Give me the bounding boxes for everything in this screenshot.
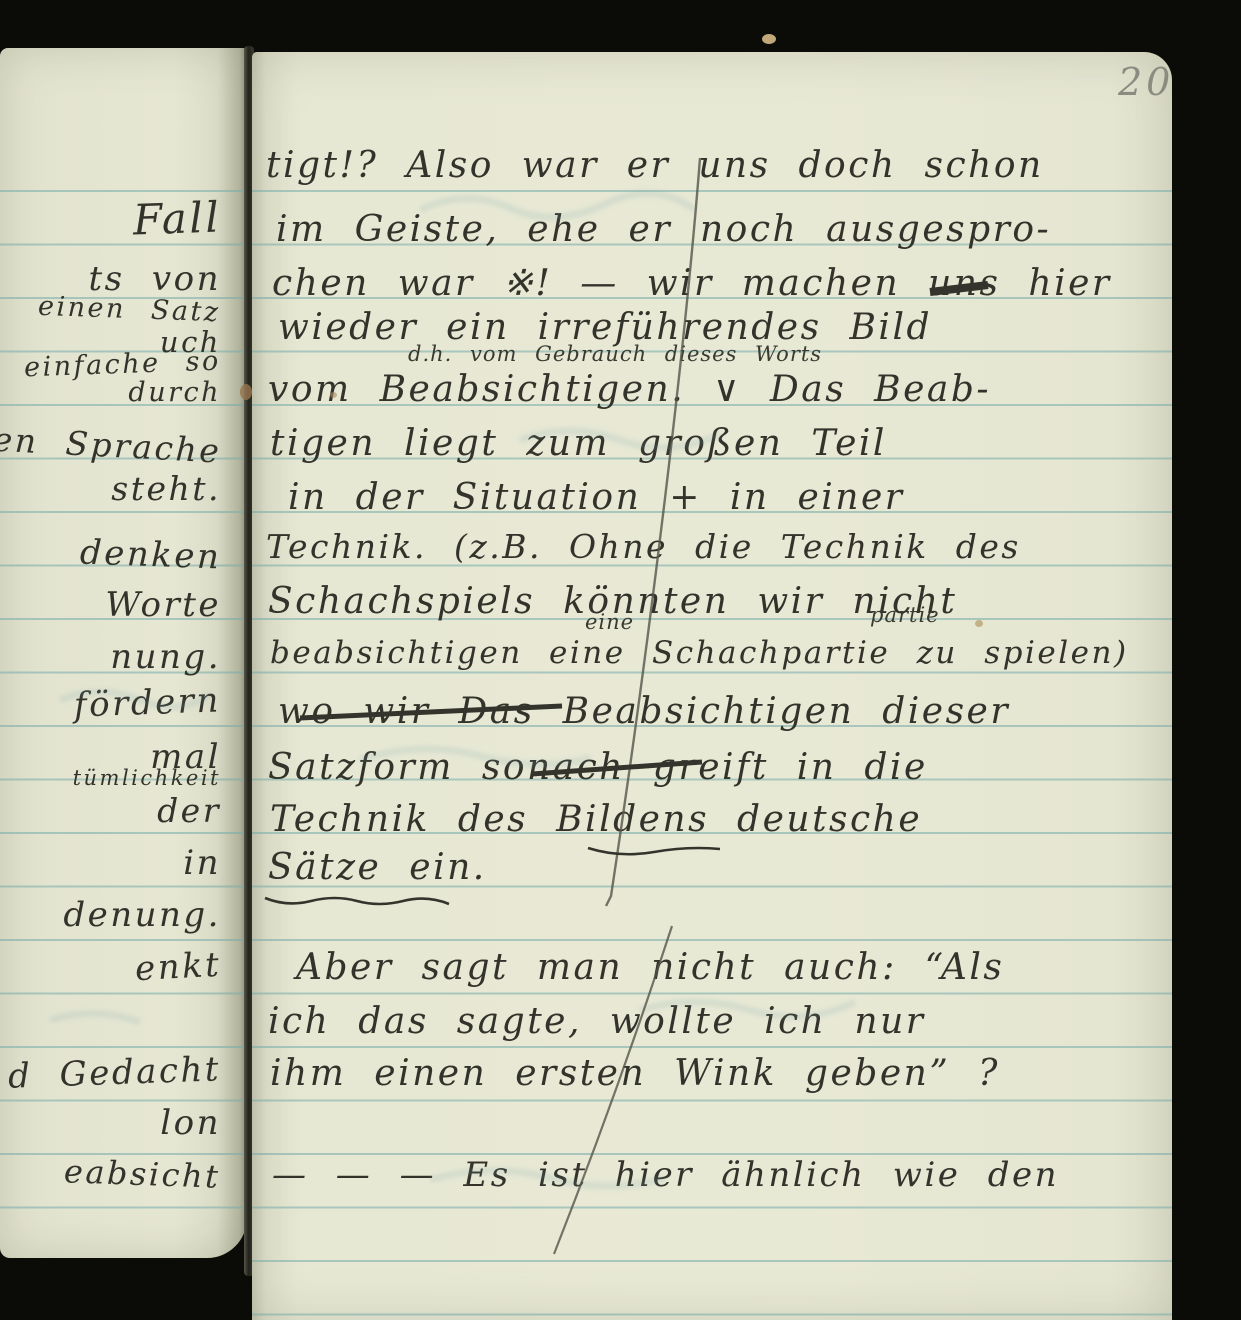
handwriting-line: in der Situation + in einer [288, 480, 905, 516]
left-page-fragment: denken [79, 536, 222, 575]
left-page-fragment: nung. [110, 640, 221, 674]
handwriting-line: tigt!? Also war er uns doch schon [266, 148, 1044, 184]
left-page-fragment: Fall [132, 196, 222, 241]
handwriting-line: tigen liegt zum großen Teil [270, 426, 887, 462]
insertion-note: eine [585, 612, 634, 633]
left-page-fragment: fördern [74, 683, 222, 722]
left-page-fragment: steht. [111, 472, 221, 505]
insertion-note: partie [870, 605, 940, 626]
handwriting-line: wieder ein irreführendes Bild [278, 310, 932, 346]
notebook-scan: Fall ts von einen Satz uch einfache so d… [0, 0, 1241, 1320]
left-page-fragment: lon [160, 1106, 221, 1140]
stain-speck [762, 34, 776, 44]
handwriting-line: chen war ※! — wir machen uns hier [272, 266, 1112, 302]
stain-speck [330, 392, 337, 398]
left-page-fragment: in [183, 846, 221, 880]
handwriting-line: ich das sagte, wollte ich nur [268, 1004, 926, 1040]
stain-speck [975, 620, 983, 627]
left-page-fragment: durch [128, 379, 221, 406]
left-page-fragment: denung. [63, 898, 221, 932]
left-page-fragment: d Gedacht [7, 1052, 221, 1093]
left-page-fragment: enkt [134, 948, 222, 986]
handwriting-line: ihm einen ersten Wink geben” ? [270, 1056, 1000, 1092]
notebook-right-page: 20 tigt!? Also war er uns doch schon im … [252, 52, 1172, 1320]
handwriting-line: Aber sagt man nicht auch: “Als [296, 950, 1004, 986]
handwriting-line: Sätze ein. [268, 850, 487, 886]
left-page-fragment: Worte [105, 588, 221, 622]
left-page-fragment: der [157, 794, 221, 827]
handwriting-line: im Geiste, ehe er noch ausgespro- [276, 212, 1051, 248]
stain-speck [240, 384, 252, 400]
left-page-fragment: hen Sprache [0, 421, 222, 467]
left-page-fragment: tümlichkeit [73, 768, 221, 789]
left-page-fragment: eabsicht [64, 1155, 222, 1192]
insertion-note: d.h. vom Gebrauch dieses Worts [408, 344, 822, 365]
handwriting-line: Technik des Bildens deutsche [270, 802, 922, 838]
left-page-fragment: einen Satz [38, 293, 221, 326]
handwriting-line: wo wir Das Beabsichtigen dieser [278, 694, 1010, 730]
handwriting-line: — — — Es ist hier ähnlich wie den [272, 1158, 1059, 1192]
left-page-fragment: ts von [89, 262, 222, 296]
page-number: 20 [1118, 60, 1172, 104]
handwriting-line: beabsichtigen eine Schachpartie zu spiel… [270, 638, 1129, 669]
notebook-left-page: Fall ts von einen Satz uch einfache so d… [0, 48, 247, 1258]
handwriting-line: Satzform sonach greift in die [268, 750, 928, 786]
handwriting-line: Technik. (z.B. Ohne die Technik des [266, 530, 1021, 563]
handwriting-line: vom Beabsichtigen. ∨ Das Beab- [268, 372, 991, 408]
